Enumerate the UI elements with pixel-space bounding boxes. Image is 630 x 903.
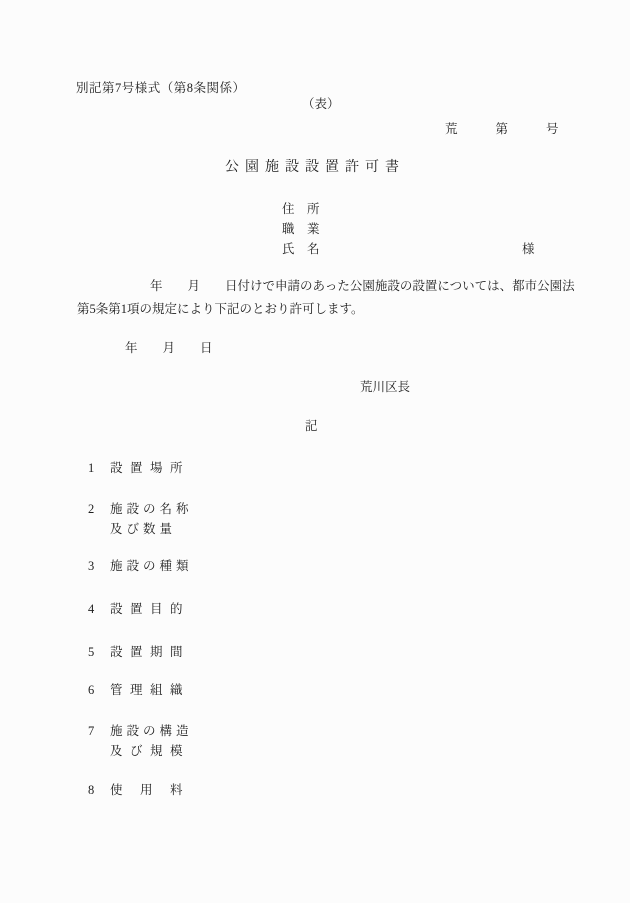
- document-page: 別記第7号様式（第8条関係） （表） 荒 第 号 公園施設設置許可書 住 所 職…: [0, 0, 630, 903]
- item-number: 5: [88, 646, 110, 659]
- item-number: 8: [88, 784, 110, 797]
- item-label-line: 及び規模: [110, 745, 193, 758]
- item-label-line: 施設の構造: [110, 725, 193, 738]
- item-label-lines: 施設の名称及び数量: [110, 503, 193, 536]
- record-marker-ki: 記: [305, 420, 318, 433]
- item-label-line: 施設の種類: [110, 560, 193, 573]
- list-item: 7施設の構造及び規模: [88, 725, 193, 758]
- sheet-side-label: （表）: [302, 98, 340, 111]
- body-paragraph-line-1: 年 月 日付けで申請のあった公園施設の設置については、都市公園法: [150, 280, 575, 293]
- item-number: 7: [88, 725, 110, 758]
- name-label: 氏 名: [282, 243, 320, 256]
- item-label-line: 施設の名称: [110, 503, 193, 516]
- item-number: 4: [88, 603, 110, 616]
- item-label-lines: 施設の構造及び規模: [110, 725, 193, 758]
- occupation-label: 職 業: [282, 223, 320, 236]
- item-label-lines: 管理組織: [110, 684, 190, 697]
- honorific-sama: 様: [522, 243, 535, 256]
- document-number-go: 号: [546, 123, 559, 136]
- list-item: 6管理組織: [88, 684, 190, 697]
- list-item: 5設置期間: [88, 646, 190, 659]
- body-paragraph-line-2: 第5条第1項の規定により下記のとおり許可します。: [77, 303, 364, 316]
- signer-mayor: 荒川区長: [360, 381, 410, 394]
- item-number: 1: [88, 462, 110, 475]
- item-label-lines: 使用料: [110, 784, 200, 797]
- item-label-line: 設置場所: [110, 462, 190, 475]
- list-item: 3施設の種類: [88, 560, 193, 573]
- item-number: 2: [88, 503, 110, 536]
- list-item: 8使用料: [88, 784, 200, 797]
- form-reference: 別記第7号様式（第8条関係）: [76, 82, 246, 95]
- item-label-line: 管理組織: [110, 684, 190, 697]
- item-label-lines: 設置場所: [110, 462, 190, 475]
- document-number-office: 荒: [445, 123, 458, 136]
- list-item: 2施設の名称及び数量: [88, 503, 193, 536]
- document-number-dai: 第: [496, 123, 509, 136]
- item-label-line: 設置目的: [110, 603, 190, 616]
- item-label-lines: 設置期間: [110, 646, 190, 659]
- list-item: 4設置目的: [88, 603, 190, 616]
- list-item: 1設置場所: [88, 462, 190, 475]
- issue-date-line: 年 月 日: [125, 342, 213, 355]
- item-label-lines: 施設の種類: [110, 560, 193, 573]
- item-label-line: 及び数量: [110, 523, 193, 536]
- item-label-lines: 設置目的: [110, 603, 190, 616]
- item-number: 3: [88, 560, 110, 573]
- item-number: 6: [88, 684, 110, 697]
- document-number-line: 荒 第 号: [445, 123, 559, 136]
- item-label-line: 設置期間: [110, 646, 190, 659]
- document-title: 公園施設設置許可書: [0, 161, 630, 175]
- item-label-line: 使用料: [110, 784, 200, 797]
- address-label: 住 所: [282, 203, 320, 216]
